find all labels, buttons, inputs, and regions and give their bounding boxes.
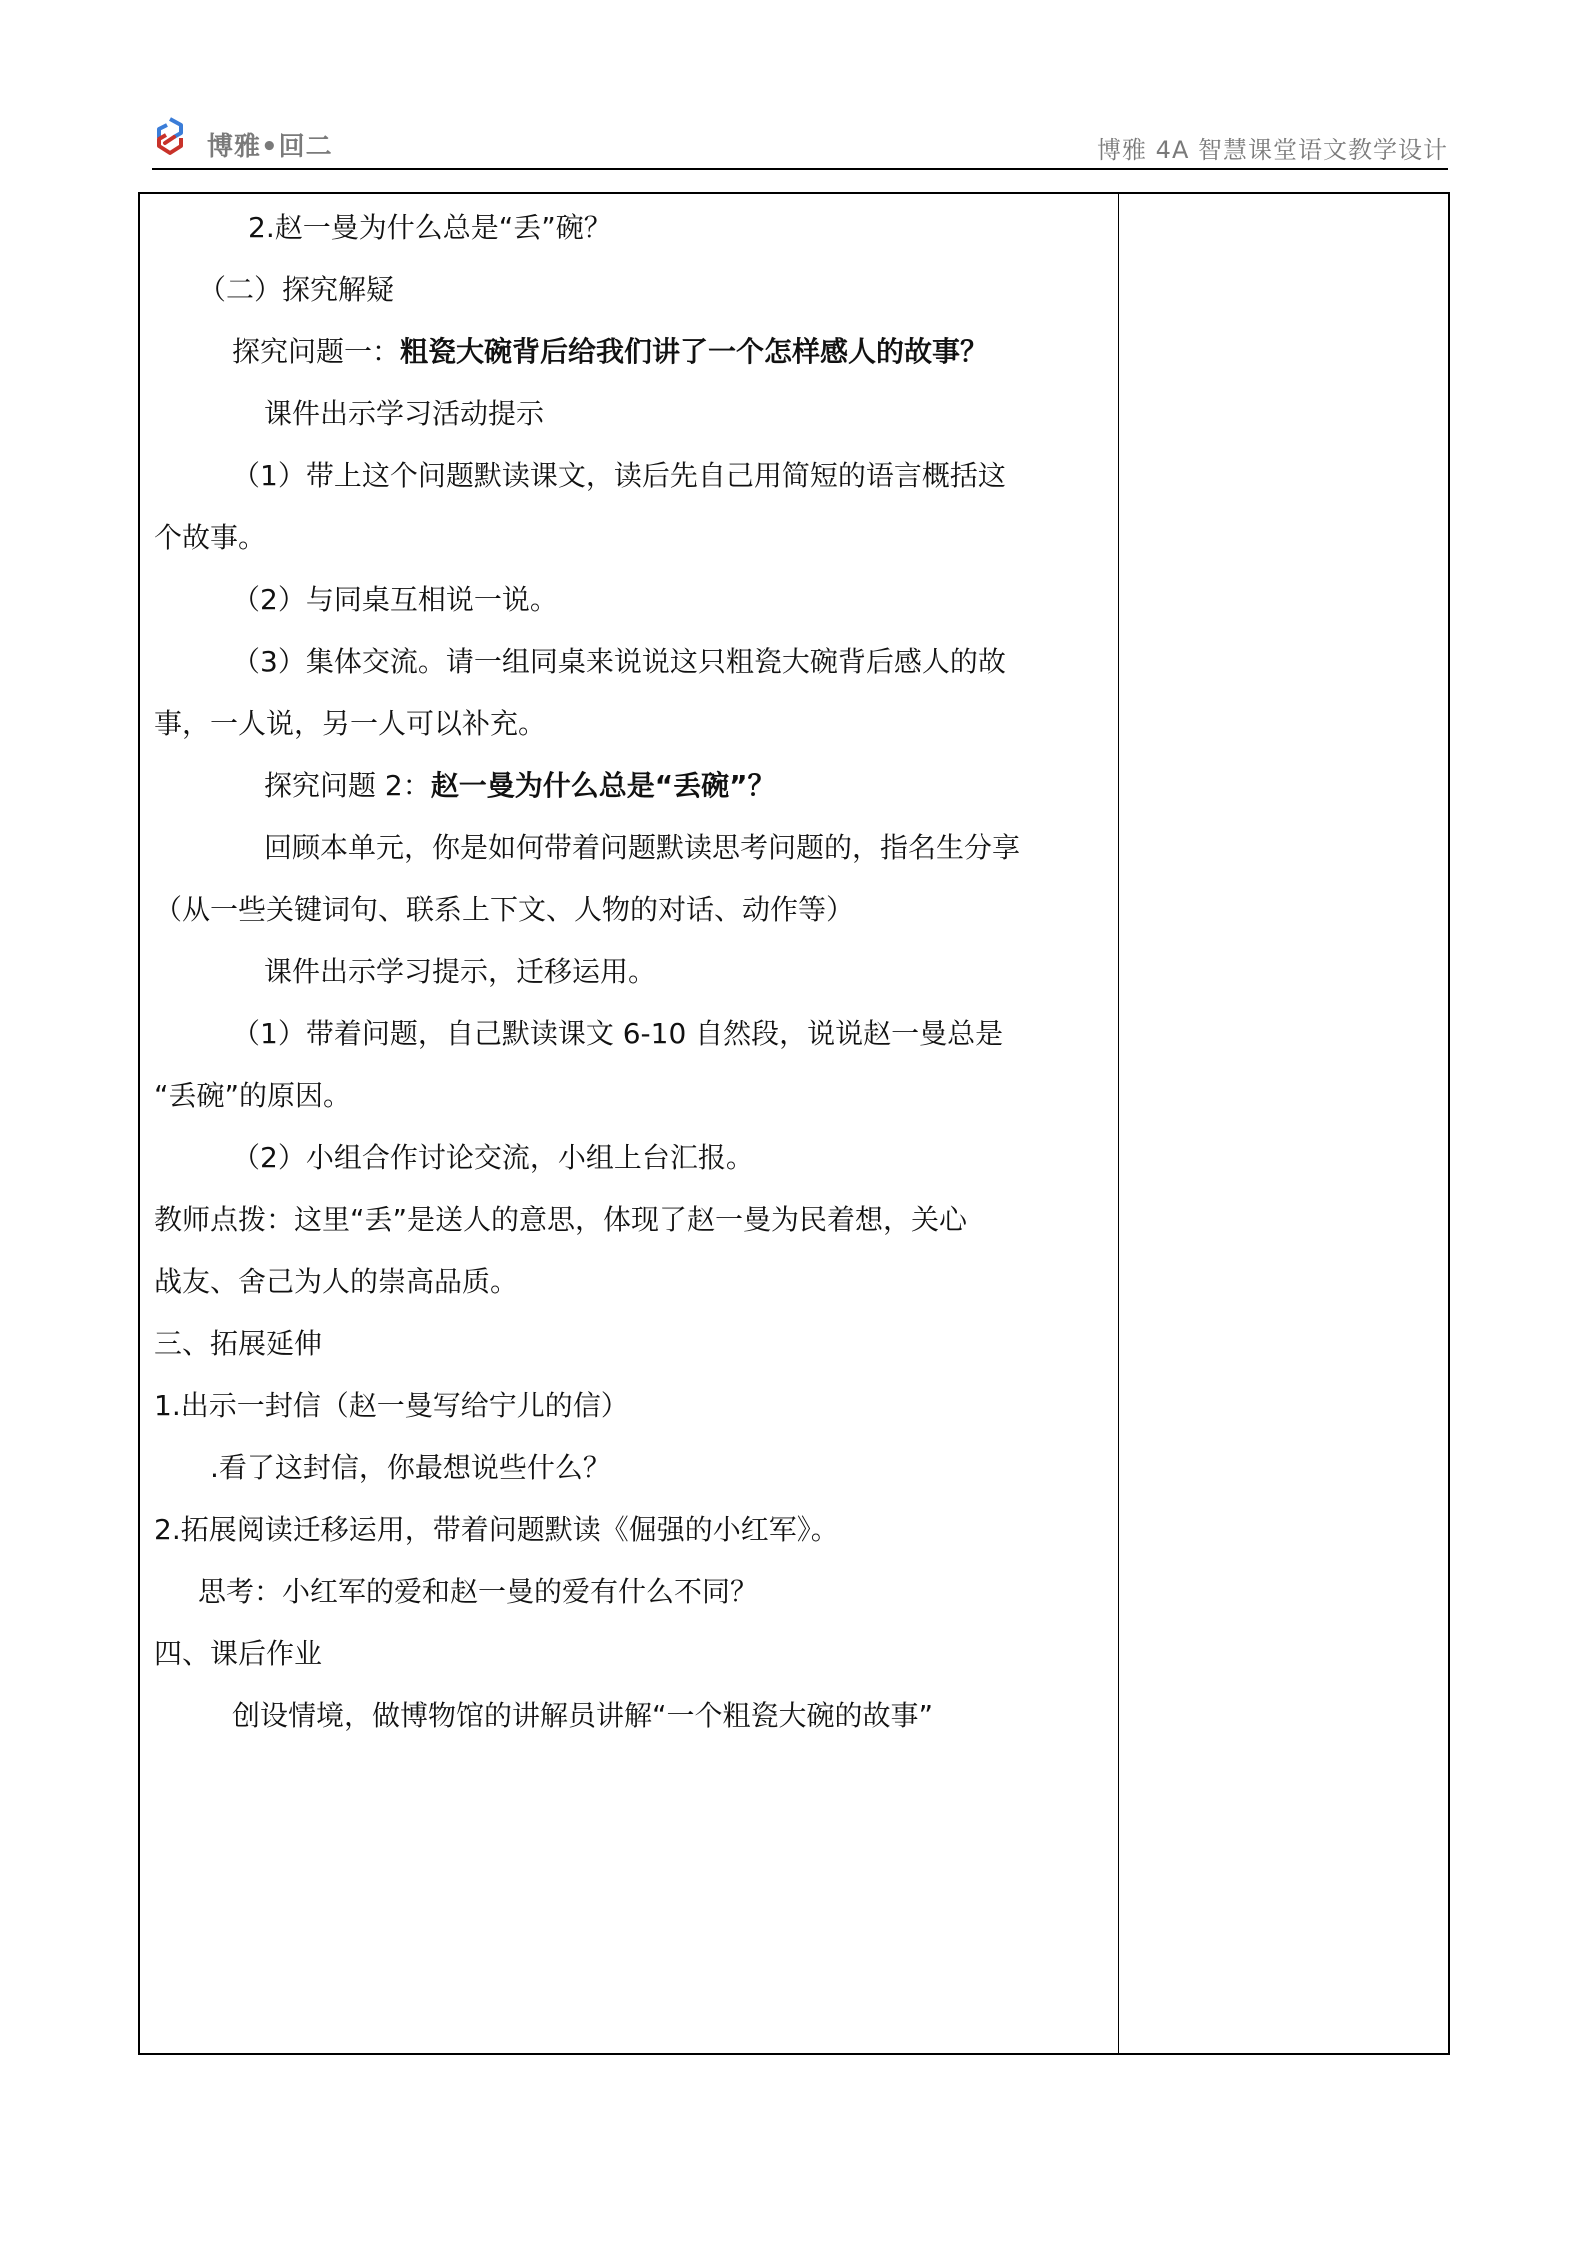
content-line: 探究问题 2：赵一曼为什么总是“丢碗”？: [264, 768, 776, 804]
question-text: 粗瓷大碗背后给我们讲了一个怎样感人的故事？: [400, 335, 988, 368]
content-line: 回顾本单元，你是如何带着问题默读思考问题的，指名生分享: [264, 830, 1020, 866]
content-line: 战友、舍己为人的崇高品质。: [154, 1264, 518, 1300]
header-divider: [152, 168, 1448, 170]
content-line: （3）集体交流。请一组同桌来说说这只粗瓷大碗背后感人的故: [232, 644, 1006, 680]
document-title: 博雅 4A 智慧课堂语文教学设计: [1097, 130, 1448, 165]
content-line: 四、课后作业: [154, 1636, 322, 1672]
content-line: “丢碗”的原因。: [154, 1078, 351, 1114]
question-prefix: 探究问题 2：: [264, 769, 431, 802]
notes-cell: [1119, 194, 1448, 2053]
content-line: （2）小组合作讨论交流，小组上台汇报。: [232, 1140, 754, 1176]
content-line: 课件出示学习提示，迁移运用。: [264, 954, 656, 990]
content-line: 事，一人说，另一人可以补充。: [154, 706, 546, 742]
content-line: 1.出示一封信（赵一曼写给宁儿的信）: [154, 1388, 629, 1424]
content-line: （1）带上这个问题默读课文，读后先自己用简短的语言概括这: [232, 458, 1006, 494]
lesson-plan-table: 2.赵一曼为什么总是“丢”碗？（二）探究解疑探究问题一：粗瓷大碗背后给我们讲了一…: [138, 192, 1450, 2055]
content-line: .看了这封信，你最想说些什么？: [210, 1450, 611, 1486]
content-line: 教师点拨：这里“丢”是送人的意思，体现了赵一曼为民着想，关心: [154, 1202, 967, 1238]
content-line: 探究问题一：粗瓷大碗背后给我们讲了一个怎样感人的故事？: [232, 334, 988, 370]
content-line: （二）探究解疑: [198, 272, 394, 308]
content-line: 三、拓展延伸: [154, 1326, 322, 1362]
content-line: 创设情境，做博物馆的讲解员讲解“一个粗瓷大碗的故事”: [232, 1698, 933, 1734]
question-prefix: 探究问题一：: [232, 335, 400, 368]
content-line: （从一些关键词句、联系上下文、人物的对话、动作等）: [154, 892, 854, 928]
content-line: （1）带着问题，自己默读课文 6-10 自然段，说说赵一曼总是: [232, 1016, 1003, 1052]
content-line: 个故事。: [154, 520, 266, 556]
page-header: 博雅•回二 博雅 4A 智慧课堂语文教学设计: [152, 112, 1448, 172]
content-line: （2）与同桌互相说一说。: [232, 582, 558, 618]
content-line: 课件出示学习活动提示: [264, 396, 544, 432]
content-line: 思考：小红军的爱和赵一曼的爱有什么不同？: [198, 1574, 758, 1610]
content-line: 2.拓展阅读迁移运用，带着问题默读《倔强的小红军》。: [154, 1512, 839, 1548]
question-text: 赵一曼为什么总是“丢碗”？: [431, 769, 776, 802]
content-line: 2.赵一曼为什么总是“丢”碗？: [248, 210, 612, 246]
brand-name: 博雅•回二: [207, 126, 333, 163]
boya-logo-icon: [152, 116, 188, 156]
